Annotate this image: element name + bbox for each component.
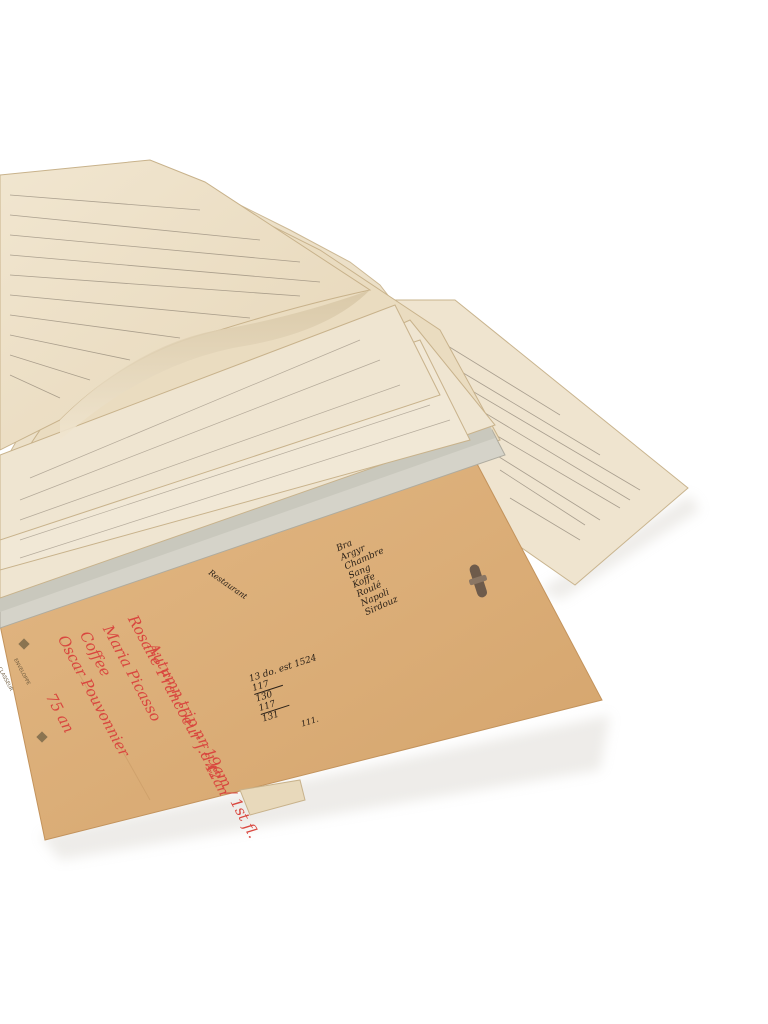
photo-scene: Autumn trip nr 19am / 1st fl. Rosalie Fr…: [0, 0, 768, 1024]
stamp-line: CLASSEUR: [0, 666, 15, 695]
stamp-line: ENVELOPPE: [12, 658, 31, 687]
manuscript-photo: [0, 0, 768, 1024]
